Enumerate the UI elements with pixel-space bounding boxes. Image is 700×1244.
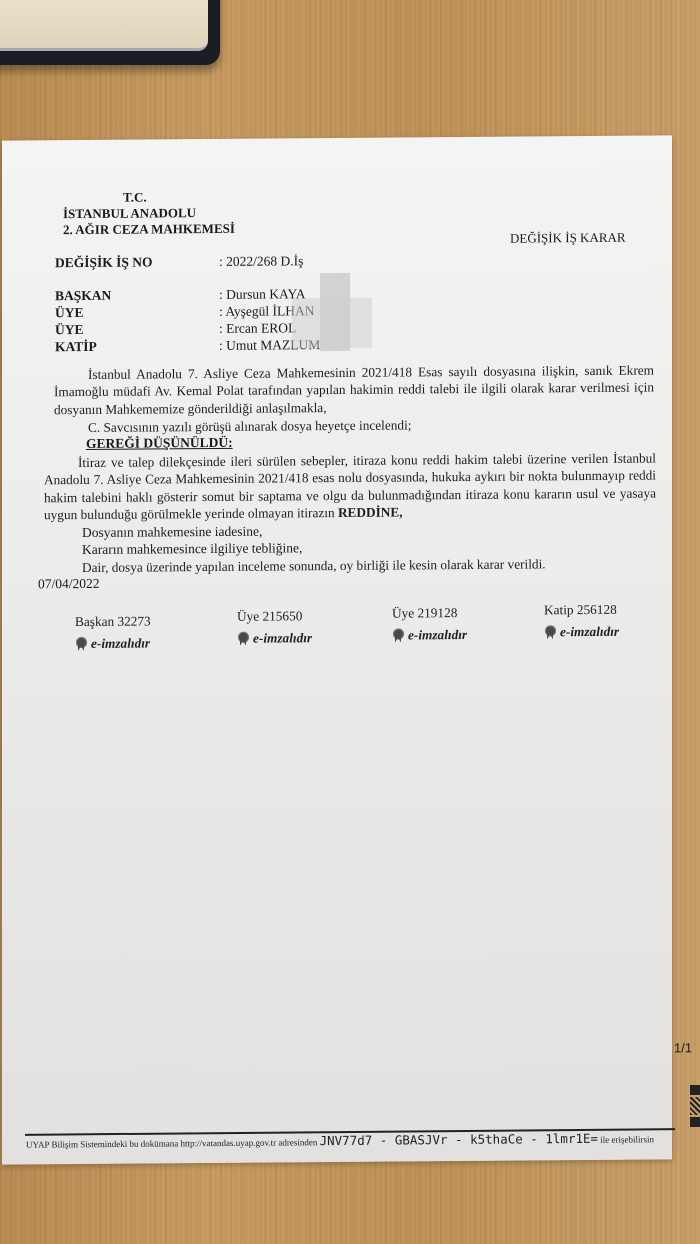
paragraph-intro: İstanbul Anadolu 7. Asliye Ceza Mahkemes…	[54, 362, 654, 419]
notebook-pages	[0, 0, 208, 51]
signer-name: Katip 256128	[544, 602, 619, 619]
panel-role: ÜYE	[55, 322, 84, 338]
e-signature: e-imzalıdır	[237, 630, 312, 647]
signature-block: Başkan 32273 e-imzalıdır	[75, 613, 151, 652]
paragraph-reasoning: İtiraz ve talep dilekçesinde ileri sürül…	[44, 449, 656, 523]
seal-icon	[392, 628, 405, 643]
seal-icon	[75, 636, 88, 651]
decision-heading: GEREĞİ DÜŞÜNÜLDÜ:	[86, 435, 233, 452]
signature-block: Katip 256128 e-imzalıdır	[544, 602, 619, 641]
redaction-blur	[292, 298, 372, 349]
decision-date: 07/04/2022	[38, 576, 100, 592]
ruling-emphasis: REDDİNE,	[338, 504, 403, 520]
signer-name: Üye 219128	[392, 605, 467, 622]
court-document: T.C. İSTANBUL ANADOLU 2. AĞIR CEZA MAHKE…	[2, 135, 672, 1164]
page-number: 1/1	[674, 1040, 692, 1055]
case-no-label: DEĞİŞİK İŞ NO	[55, 254, 153, 271]
seal-icon	[237, 631, 250, 646]
qr-code	[690, 1085, 700, 1127]
header-court: 2. AĞIR CEZA MAHKEMESİ	[63, 221, 235, 238]
case-no-value: : 2022/268 D.İş	[219, 253, 303, 270]
paragraph-conclusion: Dair, dosya üzerinde yapılan inceleme so…	[48, 555, 654, 577]
footer-suffix: ile erişebilirsin	[600, 1134, 654, 1144]
ruling-item: Dosyanın mahkemesine iadesine,	[82, 524, 262, 541]
e-signature: e-imzalıdır	[544, 624, 619, 641]
seal-icon	[544, 625, 557, 640]
panel-name: : Ercan EROL	[219, 320, 296, 337]
e-signature: e-imzalıdır	[75, 635, 151, 652]
signature-block: Üye 219128 e-imzalıdır	[392, 605, 467, 644]
header-city: İSTANBUL ANADOLU	[63, 205, 196, 222]
e-signature: e-imzalıdır	[392, 627, 467, 644]
notebook	[0, 0, 220, 65]
verification-code: JNV77d7 - GBASJVr - k5thaCe - 1lmr1E=	[319, 1131, 598, 1148]
panel-role: BAŞKAN	[55, 288, 111, 304]
header-tc: T.C.	[123, 189, 147, 205]
doc-type: DEĞİŞİK İŞ KARAR	[510, 230, 626, 247]
paragraph-prosecutor: C. Savcısının yazılı görüşü alınarak dos…	[54, 415, 654, 437]
panel-role: ÜYE	[55, 305, 84, 321]
signer-name: Üye 215650	[237, 608, 312, 625]
ruling-item: Kararın mahkemesince ilgiliye tebliğine,	[82, 540, 302, 558]
footer-prefix: UYAP Bilişim Sistemindeki bu dokümana ht…	[26, 1137, 317, 1150]
panel-role: KATİP	[55, 339, 97, 355]
signature-block: Üye 215650 e-imzalıdır	[237, 608, 312, 647]
signer-name: Başkan 32273	[75, 613, 151, 630]
